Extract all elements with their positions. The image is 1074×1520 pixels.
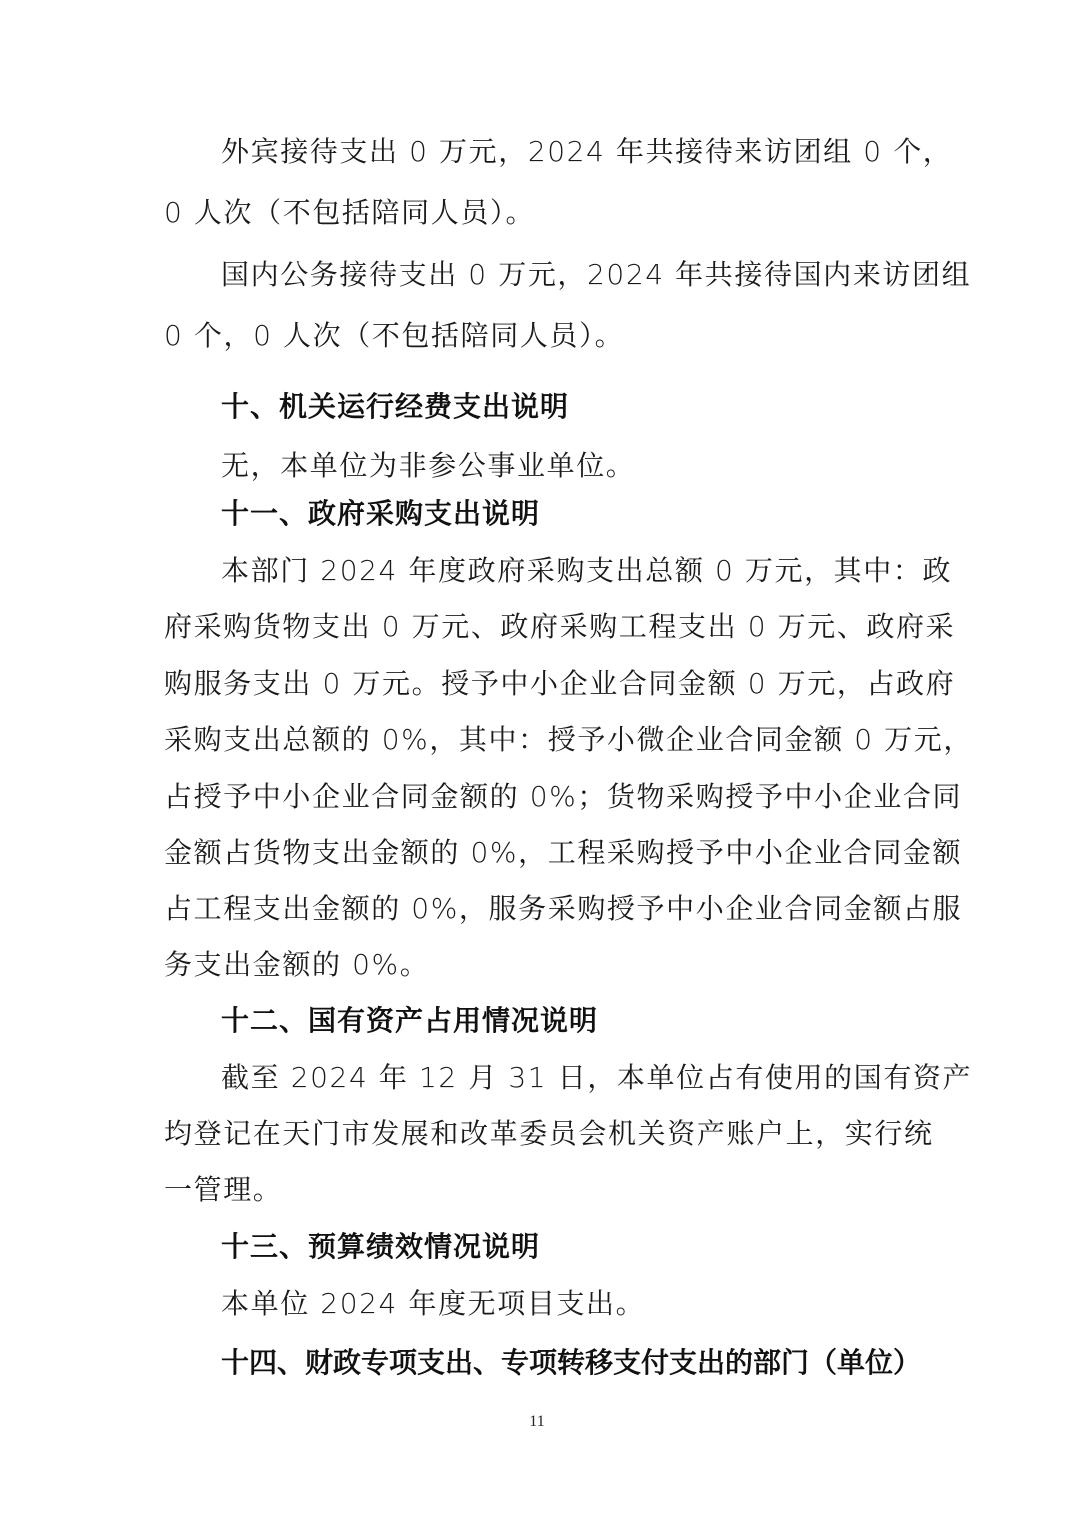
paragraph-line: 截至 2024 年 12 月 31 日，本单位占有使用的国有资产	[221, 1058, 914, 1098]
paragraph-line: 0 个，0 人次（不包括陪同人员）。	[164, 316, 914, 356]
paragraph-line: 无，本单位为非参公事业单位。	[221, 446, 914, 486]
paragraph-line: 务支出金额的 0%。	[164, 945, 914, 985]
paragraph-line: 购服务支出 0 万元。授予中小企业合同金额 0 万元，占政府	[164, 664, 914, 704]
paragraph-line: 0 人次（不包括陪同人员）。	[164, 193, 914, 233]
paragraph-line: 府采购货物支出 0 万元、政府采购工程支出 0 万元、政府采	[164, 607, 914, 647]
section-heading-14: 十四、财政专项支出、专项转移支付支出的部门（单位）	[221, 1343, 914, 1383]
paragraph-line: 采购支出总额的 0%，其中：授予小微企业合同金额 0 万元，	[164, 720, 914, 760]
paragraph-line: 一管理。	[164, 1170, 914, 1210]
document-page: 外宾接待支出 0 万元，2024 年共接待来访团组 0 个， 0 人次（不包括陪…	[0, 0, 1074, 1520]
paragraph-line: 国内公务接待支出 0 万元，2024 年共接待国内来访团组	[221, 255, 914, 295]
section-heading-13: 十三、预算绩效情况说明	[221, 1227, 540, 1267]
section-heading-12: 十二、国有资产占用情况说明	[221, 1001, 598, 1041]
paragraph-line: 外宾接待支出 0 万元，2024 年共接待来访团组 0 个，	[221, 132, 914, 172]
page-number: 11	[0, 1412, 1074, 1432]
paragraph-line: 占工程支出金额的 0%，服务采购授予中小企业合同金额占服	[164, 889, 914, 929]
paragraph-line: 均登记在天门市发展和改革委员会机关资产账户上，实行统	[164, 1114, 914, 1154]
paragraph-line: 本部门 2024 年度政府采购支出总额 0 万元，其中：政	[221, 551, 914, 591]
section-heading-11: 十一、政府采购支出说明	[221, 494, 540, 534]
paragraph-line: 金额占货物支出金额的 0%，工程采购授予中小企业合同金额	[164, 833, 914, 873]
section-heading-10: 十、机关运行经费支出说明	[221, 387, 569, 427]
paragraph-line: 本单位 2024 年度无项目支出。	[221, 1284, 914, 1324]
paragraph-line: 占授予中小企业合同金额的 0%；货物采购授予中小企业合同	[164, 777, 914, 817]
